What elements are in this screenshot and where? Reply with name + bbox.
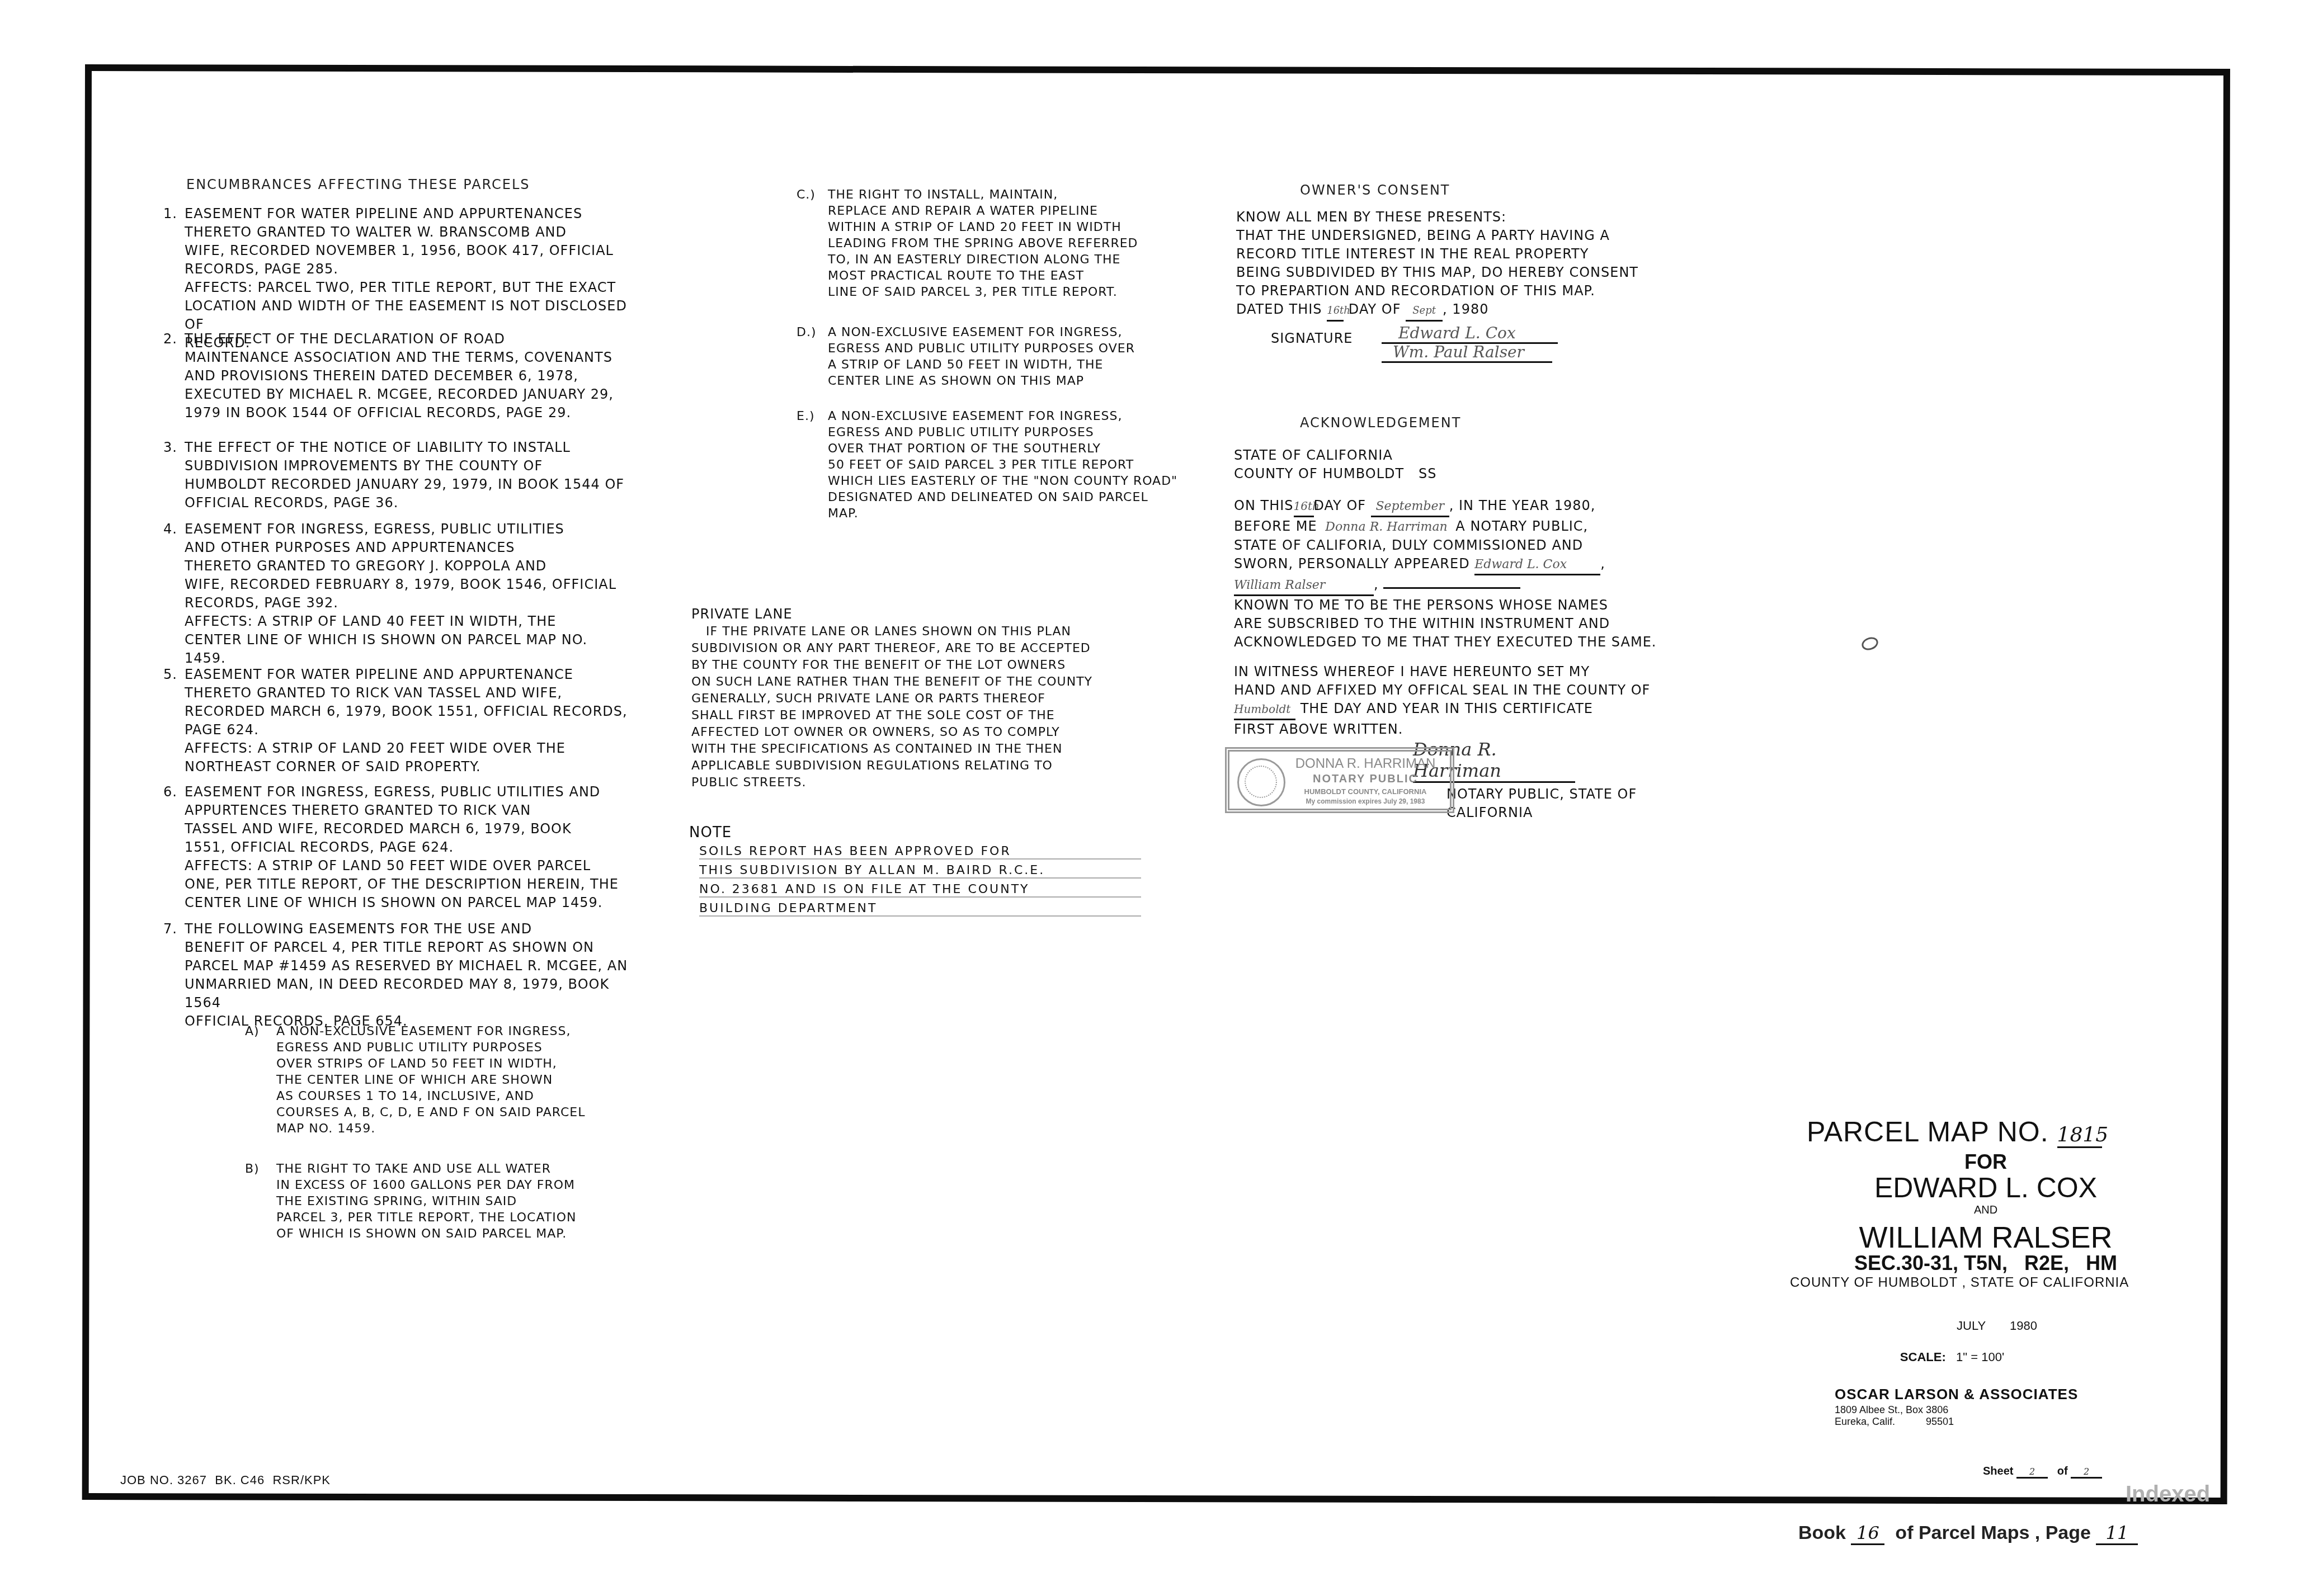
ack-notary-public: A NOTARY PUBLIC, <box>1455 518 1588 534</box>
text-line: ACKNOWLEDGED TO ME THAT THEY EXECUTED TH… <box>1234 633 1704 651</box>
ack-appeared-label: SWORN, PERSONALLY APPEARED <box>1234 556 1470 572</box>
text-line: CENTER LINE OF WHICH IS SHOWN ON PARCEL … <box>185 894 643 912</box>
ack-month: September <box>1371 497 1449 517</box>
sheet-total: 2 <box>2071 1466 2102 1479</box>
text-line: LEADING FROM THE SPRING ABOVE REFERRED <box>828 235 1231 252</box>
sheet-label: Sheet <box>1983 1465 2013 1477</box>
ack-witness-line3: Humboldt THE DAY AND YEAR IN THIS CERTIF… <box>1234 700 1704 720</box>
text-line: AFFECTED LOT OWNER OR OWNERS, SO AS TO C… <box>691 724 1184 741</box>
text-line: AND OTHER PURPOSES AND APPURTENANCES <box>185 539 643 557</box>
recording-mid: of Parcel Maps , Page <box>1895 1522 2091 1543</box>
text-line: GENERALLY, SUCH PRIVATE LANE OR PARTS TH… <box>691 691 1184 707</box>
ack-known-text: KNOWN TO ME TO BE THE PERSONS WHOSE NAME… <box>1234 596 1704 651</box>
text-line: OVER THAT PORTION OF THE SOUTHERLY <box>828 441 1231 457</box>
dated-prefix: DATED THIS <box>1236 301 1322 317</box>
owners-consent-section: OWNER'S CONSENT KNOW ALL MEN BY THESE PR… <box>1236 182 1695 372</box>
ack-appeared-1: Edward L. Cox <box>1474 555 1600 575</box>
encumbrance-item: 7.THE FOLLOWING EASEMENTS FOR THE USE AN… <box>185 920 643 1031</box>
text-line: IF THE PRIVATE LANE OR LANES SHOWN ON TH… <box>691 624 1184 640</box>
signature-label: SIGNATURE <box>1271 330 1353 346</box>
text-line: IN EXCESS OF 1600 GALLONS PER DAY FROM <box>276 1177 679 1193</box>
text-line: KNOWN TO ME TO BE THE PERSONS WHOSE NAME… <box>1234 596 1704 615</box>
text-line: SUBDIVISION OR ANY PART THEREOF, ARE TO … <box>691 640 1184 657</box>
item-number: 5. <box>163 665 177 684</box>
text-line: PAGE 624. <box>185 721 643 739</box>
dated-day: 16th <box>1327 301 1344 322</box>
ack-state: STATE OF CALIFORNIA <box>1234 446 1704 465</box>
ack-appeared-2: William Ralser <box>1234 576 1374 596</box>
signature-2: Wm. Paul Ralser <box>1382 343 1552 363</box>
dated-month: Sept <box>1406 301 1443 322</box>
easement-sub-item: C.)THE RIGHT TO INSTALL, MAINTAIN,REPLAC… <box>828 187 1231 300</box>
text-line: IN WITNESS WHEREOF I HAVE HEREUNTO SET M… <box>1234 663 1704 681</box>
scale-label: SCALE: <box>1900 1350 1946 1364</box>
parcel-map-label: PARCEL MAP NO. <box>1807 1116 2049 1148</box>
seal-title: NOTARY PUBLIC <box>1285 773 1445 786</box>
text-line: THE CENTER LINE OF WHICH ARE SHOWN <box>276 1072 679 1088</box>
owner-2: WILLIAM RALSER <box>1790 1220 2181 1255</box>
text-line: NORTHEAST CORNER OF SAID PROPERTY. <box>185 758 643 776</box>
ack-notary-name: Donna R. Harriman <box>1322 520 1450 534</box>
encumbrances-heading: ENCUMBRANCES AFFECTING THESE PARCELS <box>186 177 530 192</box>
text-line: BY THE COUNTY FOR THE BENEFIT OF THE LOT… <box>691 657 1184 674</box>
text-line: THE RIGHT TO TAKE AND USE ALL WATER <box>276 1161 679 1177</box>
private-lane-section: PRIVATE LANE IF THE PRIVATE LANE OR LANE… <box>691 605 1184 791</box>
encumbrance-item: 2.THE EFFECT OF THE DECLARATION OF ROADM… <box>185 330 643 422</box>
owners-consent-text: KNOW ALL MEN BY THESE PRESENTS:THAT THE … <box>1236 208 1695 300</box>
text-line: MOST PRACTICAL ROUTE TO THE EAST <box>828 268 1231 284</box>
ack-witness-line4: FIRST ABOVE WRITTEN. <box>1234 720 1704 739</box>
text-line: APPURTENCES THERETO GRANTED TO RICK VAN <box>185 801 643 820</box>
item-number: 4. <box>163 520 177 539</box>
text-line: OF WHICH IS SHOWN ON SAID PARCEL MAP. <box>276 1226 679 1242</box>
ack-on-this: ON THIS <box>1234 498 1294 513</box>
ack-line3: STATE OF CALIFORIA, DULY COMMISSIONED AN… <box>1234 536 1704 555</box>
note-line: NO. 23681 AND IS ON FILE AT THE COUNTY <box>699 882 1141 898</box>
text-line: OFFICIAL RECORDS, PAGE 36. <box>185 494 643 512</box>
job-info: JOB NO. 3267 BK. C46 RSR/KPK <box>120 1473 331 1488</box>
firm-name: OSCAR LARSON & ASSOCIATES <box>1835 1386 2078 1403</box>
dated-year: , 1980 <box>1443 301 1488 317</box>
sheet-current: 2 <box>2016 1466 2048 1479</box>
text-line: AFFECTS: A STRIP OF LAND 20 FEET WIDE OV… <box>185 739 643 758</box>
text-line: LOCATION AND WIDTH OF THE EASEMENT IS NO… <box>185 297 643 334</box>
item-number: 6. <box>163 783 177 801</box>
text-line: WIFE, RECORDED FEBRUARY 8, 1979, BOOK 15… <box>185 575 643 594</box>
private-lane-text: IF THE PRIVATE LANE OR LANES SHOWN ON TH… <box>691 624 1184 791</box>
text-line: TASSEL AND WIFE, RECORDED MARCH 6, 1979,… <box>185 820 643 838</box>
parcel-map-number: 1815 <box>2057 1123 2102 1148</box>
text-line: WITH THE SPECIFICATIONS AS CONTAINED IN … <box>691 741 1184 758</box>
text-line: THE EFFECT OF THE NOTICE OF LIABILITY TO… <box>185 438 643 457</box>
item-number: 2. <box>163 330 177 348</box>
text-line: PUBLIC STREETS. <box>691 775 1184 791</box>
text-line: CENTER LINE OF WHICH IS SHOWN ON PARCEL … <box>185 631 643 649</box>
ack-witness-line3-text: THE DAY AND YEAR IN THIS CERTIFICATE <box>1300 701 1593 716</box>
text-line: PARCEL 3, PER TITLE REPORT, THE LOCATION <box>276 1210 679 1226</box>
text-line: REPLACE AND REPAIR A WATER PIPELINE <box>828 203 1231 219</box>
text-line: EXECUTED BY MICHAEL R. McGEE, RECORDED J… <box>185 385 643 404</box>
text-line: BEING SUBDIVIDED BY THIS MAP, DO HEREBY … <box>1236 263 1695 282</box>
owners-consent-heading: OWNER'S CONSENT <box>1236 182 1695 198</box>
text-line: KNOW ALL MEN BY THESE PRESENTS: <box>1236 208 1695 226</box>
text-line: WHICH LIES EASTERLY OF THE "NON COUNTY R… <box>828 473 1231 489</box>
dated-mid: DAY OF <box>1349 301 1401 317</box>
seal-county: HUMBOLDT COUNTY, CALIFORNIA <box>1285 787 1445 796</box>
text-line: RECORD TITLE INTEREST IN THE REAL PROPER… <box>1236 245 1695 263</box>
dated-line: DATED THIS 16th DAY OF Sept, 1980 <box>1236 300 1695 322</box>
ack-line4: SWORN, PERSONALLY APPEARED Edward L. Cox… <box>1234 555 1704 575</box>
sub-item-label: B) <box>245 1161 260 1177</box>
text-line: A NON-EXCLUSIVE EASEMENT FOR INGRESS, <box>828 408 1231 424</box>
firm-block: OSCAR LARSON & ASSOCIATES 1809 Albee St.… <box>1835 1386 2078 1428</box>
date-year: 1980 <box>2010 1319 2037 1333</box>
ack-before-me: BEFORE ME <box>1234 518 1317 534</box>
text-line: ARE SUBSCRIBED TO THE WITHIN INSTRUMENT … <box>1234 615 1704 633</box>
ack-witness-county: Humboldt <box>1234 700 1295 720</box>
text-line: RECORDS, PAGE 392. <box>185 594 643 612</box>
text-line: EASEMENT FOR INGRESS, EGRESS, PUBLIC UTI… <box>185 520 643 539</box>
text-line: THERETO GRANTED TO GREGORY J. KOPPOLA AN… <box>185 557 643 575</box>
private-lane-heading: PRIVATE LANE <box>691 605 1184 624</box>
date-month: JULY <box>1957 1319 1986 1333</box>
encumbrance-item: 4.EASEMENT FOR INGRESS, EGRESS, PUBLIC U… <box>185 520 643 668</box>
sub-item-label: A) <box>245 1023 260 1040</box>
section-info: SEC.30-31, T5N, R2E, HM <box>1790 1252 2181 1275</box>
firm-zip: 95501 <box>1926 1416 1954 1427</box>
text-line: DESIGNATED AND DELINEATED ON SAID PARCEL <box>828 489 1231 506</box>
date-info: JULY 1980 <box>1790 1319 2181 1333</box>
text-line: 50 FEET OF SAID PARCEL 3 PER TITLE REPOR… <box>828 457 1231 473</box>
text-line: BENEFIT OF PARCEL 4, PER TITLE REPORT AS… <box>185 938 643 957</box>
ack-county: COUNTY OF HUMBOLDT SS <box>1234 465 1704 483</box>
note-line: THIS SUBDIVISION BY ALLAN M. BAIRD R.C.E… <box>699 863 1141 879</box>
text-line: AFFECTS: A STRIP OF LAND 50 FEET WIDE OV… <box>185 857 643 875</box>
encumbrance-item: 5.EASEMENT FOR WATER PIPELINE AND APPURT… <box>185 665 643 776</box>
notary-title-2: CALIFORNIA <box>1446 804 1704 822</box>
notary-seal-stamp: DONNA R. HARRIMAN NOTARY PUBLIC HUMBOLDT… <box>1225 747 1454 813</box>
text-line: THE FOLLOWING EASEMENTS FOR THE USE AND <box>185 920 643 938</box>
recording-line: Book 16 of Parcel Maps , Page 11 <box>1798 1522 2138 1545</box>
ack-appeared-line: William Ralser, <box>1234 575 1704 596</box>
firm-city-line: Eureka, Calif. 95501 <box>1835 1416 2078 1428</box>
text-line: LINE OF SAID PARCEL 3, PER TITLE REPORT. <box>828 284 1231 300</box>
sub-item-label: E.) <box>797 408 814 424</box>
text-line: TO PREPARTION AND RECORDATION OF THIS MA… <box>1236 282 1695 300</box>
text-line: THERETO GRANTED TO WALTER W. BRANSCOMB A… <box>185 223 643 242</box>
owner-1: EDWARD L. COX <box>1790 1172 2181 1204</box>
text-line: WIFE, RECORDED NOVEMBER 1, 1956, BOOK 41… <box>185 242 643 260</box>
text-line: MAP NO. 1459. <box>276 1121 679 1137</box>
signature-1: Edward L. Cox <box>1382 324 1558 344</box>
text-line: SHALL FIRST BE IMPROVED AT THE SOLE COST… <box>691 707 1184 724</box>
text-line: THE EXISTING SPRING, WITHIN SAID <box>276 1193 679 1210</box>
text-line: PARCEL MAP #1459 AS RESERVED BY MICHAEL … <box>185 957 643 975</box>
text-line: EGRESS AND PUBLIC UTILITY PURPOSES OVER <box>828 341 1231 357</box>
item-number: 7. <box>163 920 177 938</box>
easement-sub-item: E.)A NON-EXCLUSIVE EASEMENT FOR INGRESS,… <box>828 408 1231 522</box>
note-heading: NOTE <box>689 824 732 841</box>
easement-sub-item: A)A NON-EXCLUSIVE EASEMENT FOR INGRESS,E… <box>276 1023 679 1137</box>
text-line: MAINTENANCE ASSOCIATION AND THE TERMS, C… <box>185 348 643 367</box>
text-line: THERETO GRANTED TO RICK VAN TASSEL AND W… <box>185 684 643 702</box>
text-line: A NON-EXCLUSIVE EASEMENT FOR INGRESS, <box>276 1023 679 1040</box>
state-seal-icon <box>1237 758 1285 806</box>
text-line: SUBDIVISION IMPROVEMENTS BY THE COUNTY O… <box>185 457 643 475</box>
scale-info: SCALE: 1" = 100' <box>1790 1350 2181 1364</box>
sub-item-label: C.) <box>797 187 816 203</box>
text-line: EASEMENT FOR WATER PIPELINE AND APPURTEN… <box>185 205 643 223</box>
text-line: EASEMENT FOR WATER PIPELINE AND APPURTEN… <box>185 665 643 684</box>
text-line: HAND AND AFFIXED MY OFFICAL SEAL IN THE … <box>1234 681 1704 700</box>
text-line: THE RIGHT TO INSTALL, MAINTAIN, <box>828 187 1231 203</box>
notary-title-1: NOTARY PUBLIC, STATE OF <box>1446 785 1704 804</box>
easement-sub-item: D.)A NON-EXCLUSIVE EASEMENT FOR INGRESS,… <box>828 324 1231 389</box>
acknowledgement-heading: ACKNOWLEDGEMENT <box>1234 415 1704 431</box>
note-line: BUILDING DEPARTMENT <box>699 901 1141 917</box>
text-line: EASEMENT FOR INGRESS, EGRESS, PUBLIC UTI… <box>185 783 643 801</box>
text-line: AS COURSES 1 TO 14, INCLUSIVE, AND <box>276 1088 679 1104</box>
text-line: EGRESS AND PUBLIC UTILITY PURPOSES <box>828 424 1231 441</box>
text-line: 1979 IN BOOK 1544 OF OFFICIAL RECORDS, P… <box>185 404 643 422</box>
ack-year: , IN THE YEAR 1980, <box>1449 498 1596 513</box>
ack-day-of: DAY OF <box>1314 498 1367 513</box>
ack-before-line: BEFORE ME Donna R. Harriman A NOTARY PUB… <box>1234 517 1704 536</box>
ack-witness-text: IN WITNESS WHEREOF I HAVE HEREUNTO SET M… <box>1234 663 1704 700</box>
text-line: AFFECTS: A STRIP OF LAND 40 FEET IN WIDT… <box>185 612 643 631</box>
ack-day: 16th <box>1294 497 1314 517</box>
sheet-info: Sheet 2 of 2 <box>1983 1465 2102 1479</box>
location-info: COUNTY OF HUMBOLDT , STATE OF CALIFORNIA <box>1790 1275 2181 1291</box>
seal-name: DONNA R. HARRIMAN <box>1285 756 1445 772</box>
text-line: MAP. <box>828 506 1231 522</box>
and-label: AND <box>1790 1204 2181 1217</box>
text-line: UNMARRIED MAN, IN DEED RECORDED MAY 8, 1… <box>185 975 643 1012</box>
text-line: AND PROVISIONS THEREIN DATED DECEMBER 6,… <box>185 367 643 385</box>
text-line: HUMBOLDT RECORDED JANUARY 29, 1979, IN B… <box>185 475 643 494</box>
book-label: Book <box>1798 1522 1846 1543</box>
text-line: RECORDED MARCH 6, 1979, BOOK 1551, OFFIC… <box>185 702 643 721</box>
encumbrance-item: 6.EASEMENT FOR INGRESS, EGRESS, PUBLIC U… <box>185 783 643 912</box>
text-line: APPLICABLE SUBDIVISION REGULATIONS RELAT… <box>691 758 1184 775</box>
indexed-stamp: Indexed <box>2126 1482 2210 1507</box>
text-line: AFFECTS: PARCEL TWO, PER TITLE REPORT, B… <box>185 278 643 297</box>
for-label: FOR <box>1790 1150 2181 1174</box>
firm-address: 1809 Albee St., Box 3806 <box>1835 1404 2078 1416</box>
title-block: PARCEL MAP NO. 1815 FOR EDWARD L. COX AN… <box>1790 1116 2181 1364</box>
ack-date-line: ON THIS16thDAY OF September, IN THE YEAR… <box>1234 497 1704 517</box>
text-line: 1551, OFFICIAL RECORDS, PAGE 624. <box>185 838 643 857</box>
text-line: RECORDS, PAGE 285. <box>185 260 643 278</box>
page-number: 11 <box>2096 1522 2138 1545</box>
text-line: OVER STRIPS OF LAND 50 FEET IN WIDTH, <box>276 1056 679 1072</box>
signature-block: SIGNATURE Edward L. Cox Wm. Paul Ralser <box>1236 327 1695 372</box>
text-line: ONE, PER TITLE REPORT, OF THE DESCRIPTIO… <box>185 875 643 894</box>
text-line: ON SUCH LANE RATHER THAN THE BENEFIT OF … <box>691 674 1184 691</box>
firm-city: Eureka, Calif. <box>1835 1416 1895 1427</box>
sheet-of-label: of <box>2057 1465 2068 1477</box>
soils-note: NOTE SOILS REPORT HAS BEEN APPROVED FORT… <box>677 824 1158 919</box>
text-line: A STRIP OF LAND 50 FEET IN WIDTH, THE <box>828 357 1231 373</box>
text-line: A NON-EXCLUSIVE EASEMENT FOR INGRESS, <box>828 324 1231 341</box>
sub-item-label: D.) <box>797 324 817 341</box>
text-line: THE EFFECT OF THE DECLARATION OF ROAD <box>185 330 643 348</box>
encumbrance-item: 3.THE EFFECT OF THE NOTICE OF LIABILITY … <box>185 438 643 512</box>
parcel-map-title: PARCEL MAP NO. 1815 <box>1790 1116 2181 1148</box>
note-line: SOILS REPORT HAS BEEN APPROVED FOR <box>699 844 1141 860</box>
item-number: 3. <box>163 438 177 457</box>
text-line: COURSES A, B, C, D, E AND F ON SAID PARC… <box>276 1104 679 1121</box>
seal-expires: My commission expires July 29, 1983 <box>1285 797 1445 805</box>
text-line: THAT THE UNDERSIGNED, BEING A PARTY HAVI… <box>1236 226 1695 245</box>
text-line: TO, IN AN EASTERLY DIRECTION ALONG THE <box>828 252 1231 268</box>
item-number: 1. <box>163 205 177 223</box>
text-line: CENTER LINE AS SHOWN ON THIS MAP <box>828 373 1231 389</box>
book-number: 16 <box>1851 1522 1884 1545</box>
easement-sub-item: B)THE RIGHT TO TAKE AND USE ALL WATERIN … <box>276 1161 679 1242</box>
text-line: EGRESS AND PUBLIC UTILITY PURPOSES <box>276 1040 679 1056</box>
scale-value: 1" = 100' <box>1956 1350 2004 1364</box>
text-line: WITHIN A STRIP OF LAND 20 FEET IN WIDTH <box>828 219 1231 235</box>
